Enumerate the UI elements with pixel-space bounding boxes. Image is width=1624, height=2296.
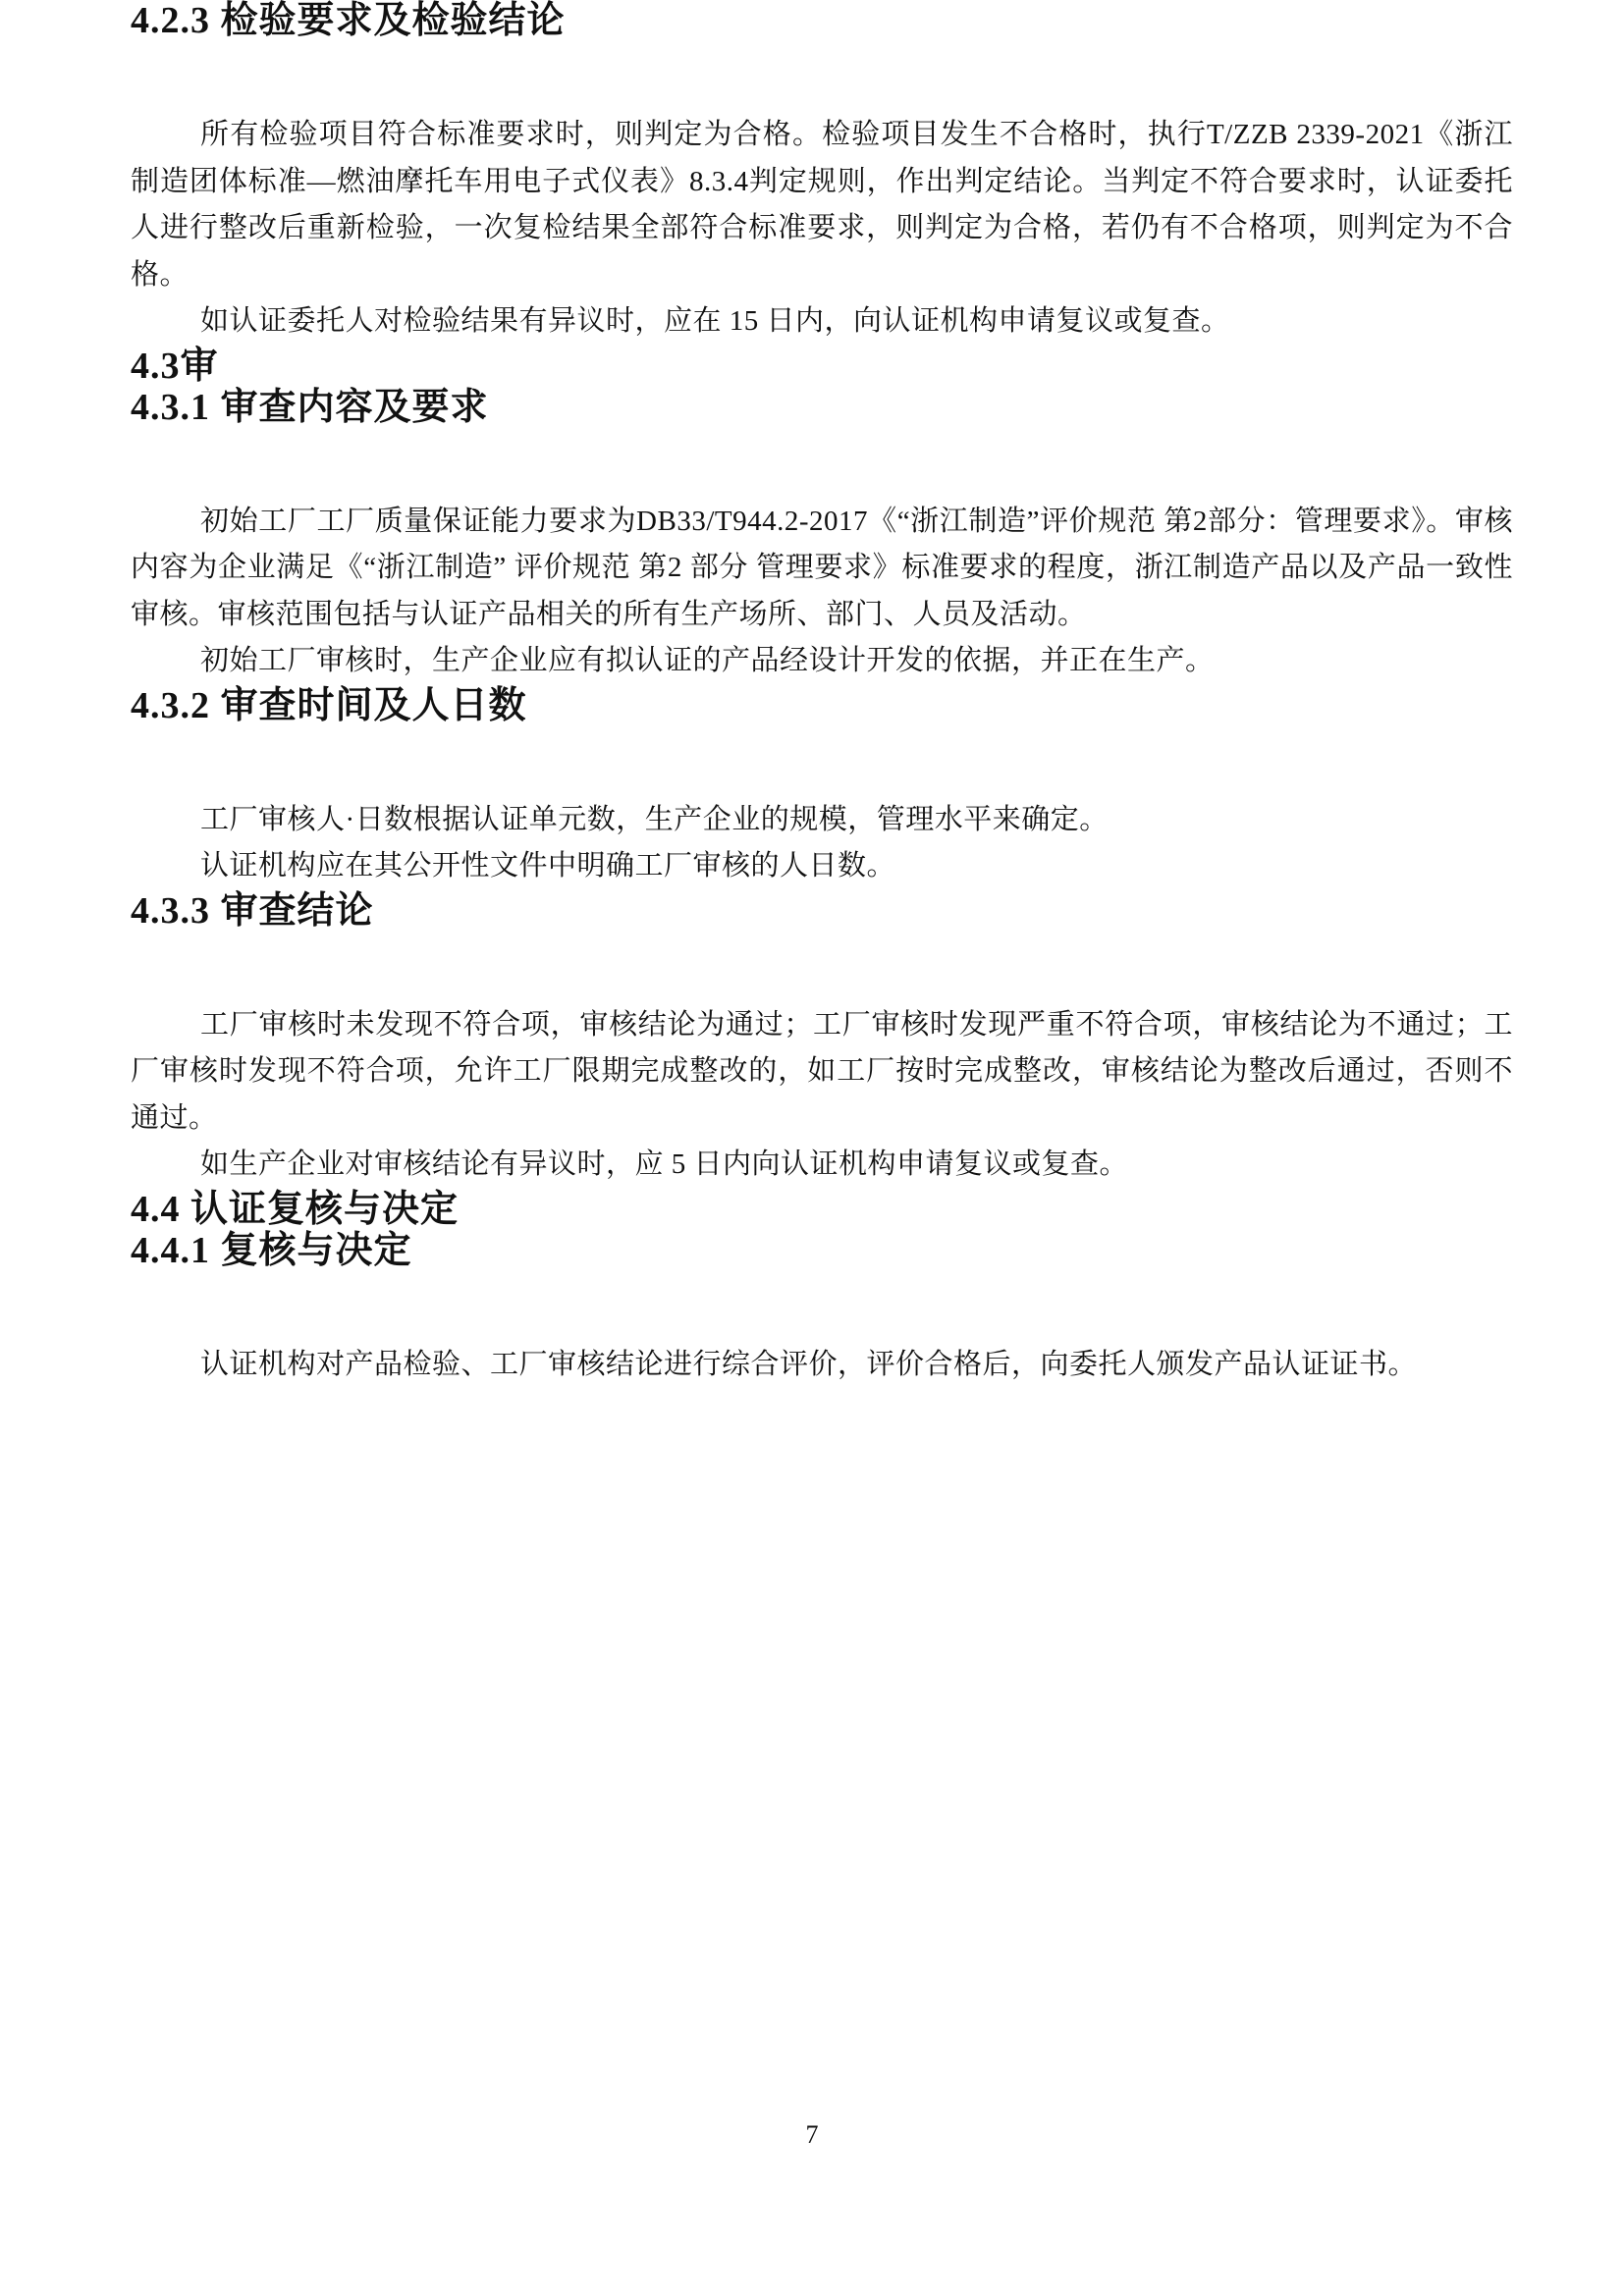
section-heading-4-3-2: 4.3.2 审查时间及人日数 [131,685,1513,726]
section-body-4-2-3: 所有检验项目符合标准要求时，则判定为合格。检验项目发生不合格时，执行T/ZZB … [131,112,1513,346]
section-body-4-3-1: 初始工厂工厂质量保证能力要求为DB33/T944.2-2017《“浙江制造”评价… [131,499,1513,685]
section-body-4-4-1: 认证机构对产品检验、工厂审核结论进行综合评价，评价合格后，向委托人颁发产品认证证… [131,1342,1513,1389]
paragraph: 如生产企业对审核结论有异议时，应 5 日内向认证机构申请复议或复查。 [131,1142,1513,1189]
section-heading-4-3: 4.3审 [131,346,1513,387]
section-body-4-3-2: 工厂审核人·日数根据认证单元数，生产企业的规模，管理水平来确定。 认证机构应在其… [131,797,1513,890]
section-heading-4-3-3: 4.3.3 审查结论 [131,890,1513,932]
document-page: 4.2.3 检验要求及检验结论 所有检验项目符合标准要求时，则判定为合格。检验项… [0,0,1624,2296]
paragraph: 初始工厂工厂质量保证能力要求为DB33/T944.2-2017《“浙江制造”评价… [131,499,1513,639]
paragraph: 初始工厂审核时，生产企业应有拟认证的产品经设计开发的依据，并正在生产。 [131,638,1513,685]
section-heading-4-2-3: 4.2.3 检验要求及检验结论 [131,0,1513,41]
paragraph: 认证机构对产品检验、工厂审核结论进行综合评价，评价合格后，向委托人颁发产品认证证… [131,1342,1513,1389]
paragraph: 工厂审核人·日数根据认证单元数，生产企业的规模，管理水平来确定。 [131,797,1513,844]
paragraph: 工厂审核时未发现不符合项，审核结论为通过；工厂审核时发现严重不符合项，审核结论为… [131,1002,1513,1143]
section-heading-4-3-1: 4.3.1 审查内容及要求 [131,387,1513,428]
paragraph: 所有检验项目符合标准要求时，则判定为合格。检验项目发生不合格时，执行T/ZZB … [131,112,1513,298]
paragraph: 认证机构应在其公开性文件中明确工厂审核的人日数。 [131,843,1513,890]
section-heading-4-4-1: 4.4.1 复核与决定 [131,1230,1513,1271]
paragraph: 如认证委托人对检验结果有异议时，应在 15 日内，向认证机构申请复议或复查。 [131,298,1513,346]
section-heading-4-4: 4.4 认证复核与决定 [131,1189,1513,1230]
section-body-4-3-3: 工厂审核时未发现不符合项，审核结论为通过；工厂审核时发现严重不符合项，审核结论为… [131,1002,1513,1189]
page-number: 7 [0,2120,1624,2150]
document-content: 4.2.3 检验要求及检验结论 所有检验项目符合标准要求时，则判定为合格。检验项… [131,0,1513,1388]
